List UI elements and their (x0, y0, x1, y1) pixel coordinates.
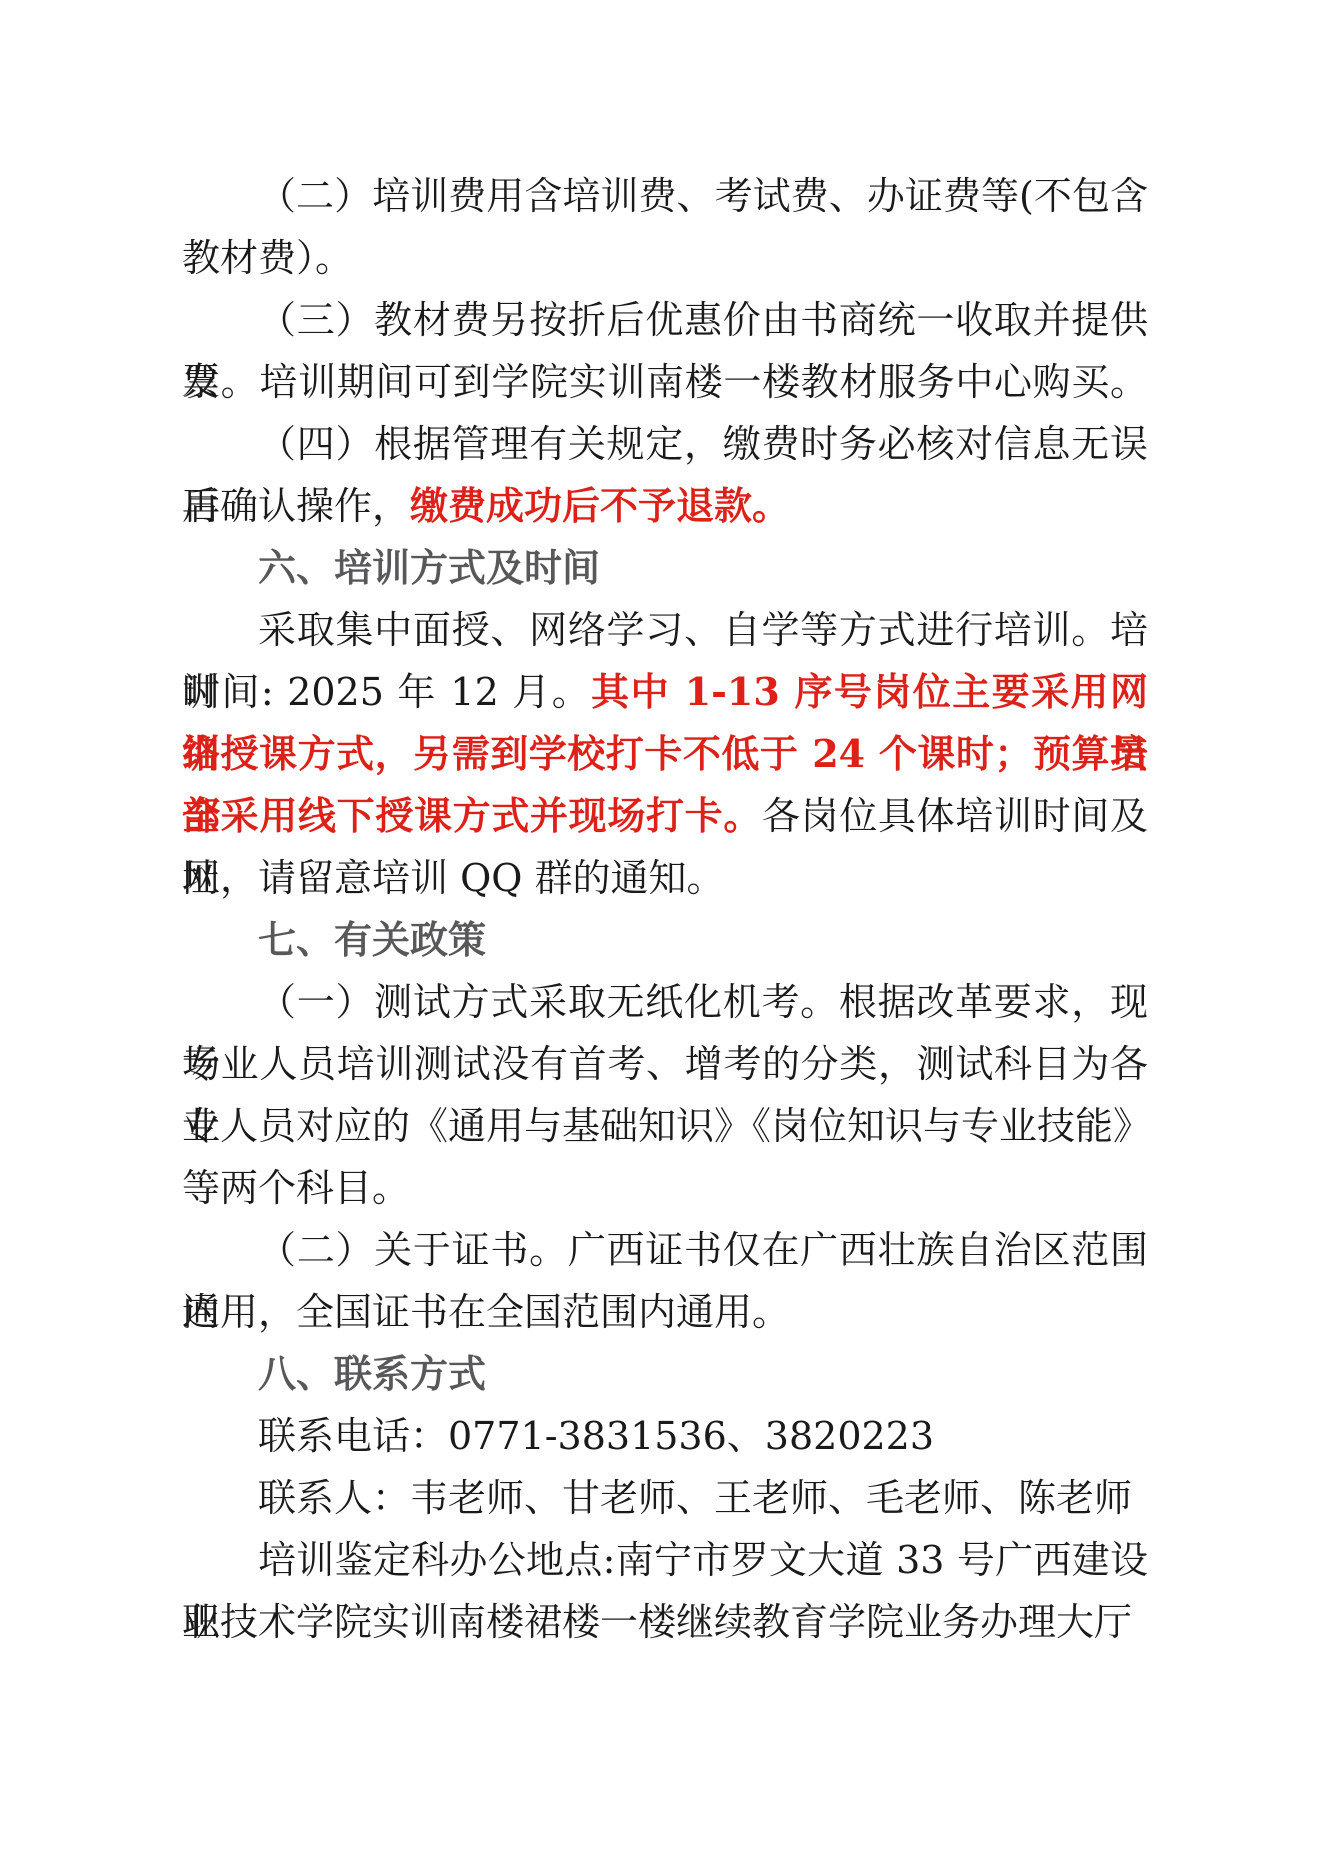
body-text: 票。培训期间可到学院实训南楼一楼教材服务中心购买。 (182, 360, 1148, 404)
body-text: 联系电话：0771-3831536、3820223 (258, 1414, 934, 1458)
doc-line-20: 八、联系方式 (182, 1343, 1148, 1405)
doc-line-16: 业人员对应的《通用与基础知识》《岗位知识与专业技能》 (182, 1095, 1148, 1157)
body-text: 联系人：韦老师、甘老师、王老师、毛老师、陈老师 (258, 1476, 1132, 1520)
section-heading-text: 六、培训方式及时间 (258, 548, 600, 590)
body-text: 时间: 2025 年 12 月。 (182, 670, 591, 714)
doc-line-2: 教材费）。 (182, 227, 1148, 289)
emphasis-red-text: 缴费成功后不予退款。 (410, 483, 790, 528)
body-text: 址，请留意培训 QQ 群的通知。 (182, 856, 724, 900)
body-text: 业人员对应的《通用与基础知识》《岗位知识与专业技能》 (182, 1104, 1151, 1148)
doc-line-21: 联系电话：0771-3831536、3820223 (182, 1405, 1148, 1467)
doc-line-22: 联系人：韦老师、甘老师、王老师、毛老师、陈老师 (182, 1467, 1148, 1529)
doc-line-3: （三）教材费另按折后优惠价由书商统一收取并提供发 (182, 289, 1148, 351)
doc-line-5: （四）根据管理有关规定，缴费时务必核对信息无误后 (182, 413, 1148, 475)
doc-line-13: 七、有关政策 (182, 909, 1148, 971)
body-text: 等两个科目。 (182, 1166, 410, 1210)
doc-line-15: 专业人员培训测试没有首考、增考的分类，测试科目为各专 (182, 1033, 1148, 1095)
doc-line-11: 部采用线下授课方式并现场打卡。各岗位具体培训时间及网 (182, 785, 1148, 847)
doc-line-4: 票。培训期间可到学院实训南楼一楼教材服务中心购买。 (182, 351, 1148, 413)
doc-line-23: 培训鉴定科办公地点:南宁市罗文大道 33 号广西建设职 (182, 1529, 1148, 1591)
section-heading-text: 八、联系方式 (258, 1354, 486, 1396)
doc-line-9: 时间: 2025 年 12 月。其中 1-13 序号岗位主要采用网络培 (182, 661, 1148, 723)
document-page: （二）培训费用含培训费、考试费、办证费等(不包含教材费）。（三）教材费另按折后优… (182, 165, 1148, 1653)
doc-line-10: 训授课方式，另需到学校打卡不低于 24 个课时；预算员全 (182, 723, 1148, 785)
doc-line-24: 业技术学院实训南楼裙楼一楼继续教育学院业务办理大厅 (182, 1591, 1148, 1653)
doc-line-7: 六、培训方式及时间 (182, 537, 1148, 599)
body-text: 教材费）。 (182, 236, 353, 280)
doc-line-18: （二）关于证书。广西证书仅在广西壮族自治区范围内 (182, 1219, 1148, 1281)
emphasis-red-text: 部采用线下授课方式并现场打卡。 (182, 793, 762, 838)
doc-line-14: （一）测试方式采取无纸化机考。根据改革要求，现场 (182, 971, 1148, 1033)
body-text: 通用，全国证书在全国范围内通用。 (182, 1290, 790, 1334)
doc-line-12: 址，请留意培训 QQ 群的通知。 (182, 847, 1148, 909)
doc-line-1: （二）培训费用含培训费、考试费、办证费等(不包含 (182, 165, 1148, 227)
doc-line-19: 通用，全国证书在全国范围内通用。 (182, 1281, 1148, 1343)
doc-line-6: 再确认操作，缴费成功后不予退款。 (182, 475, 1148, 537)
doc-line-8: 采取集中面授、网络学习、自学等方式进行培训。培训 (182, 599, 1148, 661)
section-heading-text: 七、有关政策 (258, 920, 486, 962)
doc-line-17: 等两个科目。 (182, 1157, 1148, 1219)
body-text: （二）培训费用含培训费、考试费、办证费等(不包含 (258, 174, 1148, 218)
body-text: 业技术学院实训南楼裙楼一楼继续教育学院业务办理大厅 (182, 1600, 1132, 1644)
body-text: 再确认操作， (182, 484, 410, 528)
